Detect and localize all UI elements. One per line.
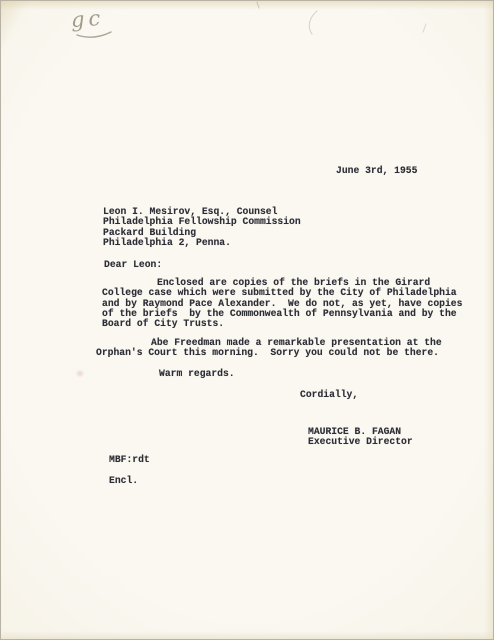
salutation: Dear Leon: — [104, 260, 162, 270]
warm-regards-line: Warm regards. — [159, 369, 235, 379]
typist-initials: MBF:rdt — [109, 455, 150, 465]
scanned-letter-page: gc June 3rd, 1955 Leon I. Mesirov, Esq.,… — [0, 0, 494, 640]
letter-date: June 3rd, 1955 — [336, 166, 417, 176]
paper-smudge — [77, 371, 83, 376]
pencil-annotation-gc: gc — [70, 6, 105, 32]
closing-line: Cordially, — [300, 390, 358, 400]
recipient-city-line: Philadelphia 2, Penna. — [103, 238, 301, 248]
paragraph-line: Board of City Trusts. — [102, 319, 482, 329]
recipient-org-line: Philadelphia Fellowship Commission — [103, 217, 301, 227]
body-paragraph-1: Enclosed are copies of the briefs in the… — [102, 278, 482, 329]
paragraph-line: Orphan's Court this morning. Sorry you c… — [96, 348, 476, 358]
signature-title: Executive Director — [308, 437, 413, 447]
body-paragraph-2: Abe Freedman made a remarkable presentat… — [96, 338, 476, 359]
recipient-address-block: Leon I. Mesirov, Esq., Counsel Philadelp… — [103, 207, 301, 248]
enclosure-notation: Encl. — [109, 476, 138, 486]
paragraph-line: College case which were submitted by the… — [102, 288, 482, 298]
